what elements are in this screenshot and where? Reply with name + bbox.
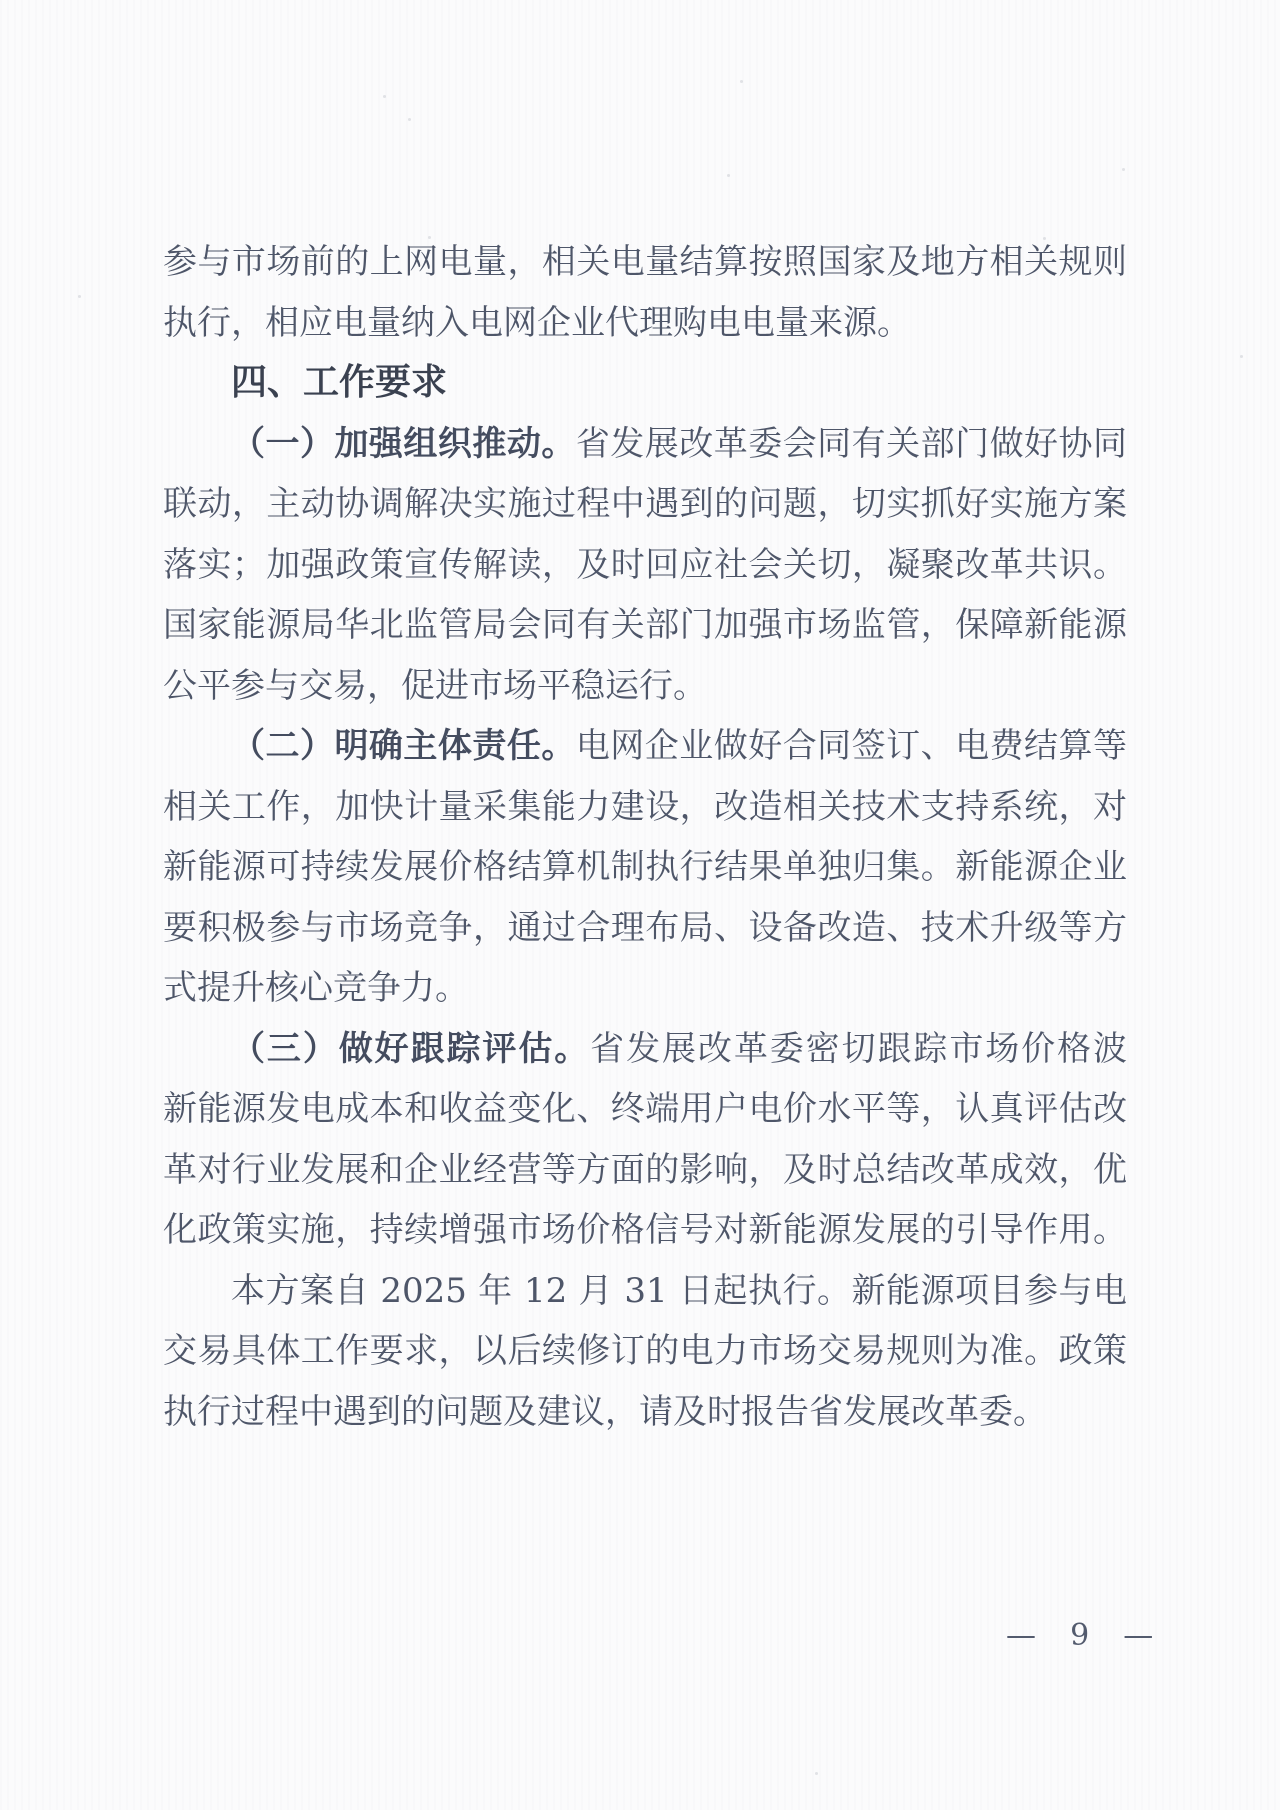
line-text: 执行，相应电量纳入电网企业代理购电电量来源。 (163, 303, 911, 343)
scan-speck (740, 80, 743, 83)
line-text: 化政策实施，持续增强市场价格信号对新能源发展的引导作用。 (163, 1210, 1127, 1250)
paragraph-lead-label: （一）加强组织推动。 (231, 424, 576, 464)
document-line: （二）明确主体责任。电网企业做好合同签订、电费结算等 (163, 716, 1127, 777)
paragraph-lead-label: （三）做好跟踪评估。 (231, 1029, 590, 1069)
document-line: 执行过程中遇到的问题及建议，请及时报告省发展改革委。 (163, 1382, 1127, 1443)
line-text: 电网企业做好合同签订、电费结算等 (576, 726, 1127, 766)
section-heading: 四、工作要求 (163, 353, 1127, 414)
line-text: 四、工作要求 (231, 362, 447, 403)
page-number: — 9 — (1006, 1618, 1158, 1653)
line-text: 落实；加强政策宣传解读，及时回应社会关切，凝聚改革共识。 (163, 545, 1127, 585)
document-line: 交易具体工作要求，以后续修订的电力市场交易规则为准。政策 (163, 1321, 1127, 1382)
line-text: 式提升核心竞争力。 (163, 968, 469, 1008)
line-text: 参与市场前的上网电量，相关电量结算按照国家及地方相关规则 (163, 242, 1127, 282)
document-line: 革对行业发展和企业经营等方面的影响，及时总结改革成效，优 (163, 1140, 1127, 1201)
scan-speck (1240, 355, 1243, 358)
document-line: 新能源发电成本和收益变化、终端用户电价水平等，认真评估改 (163, 1079, 1127, 1140)
line-text: 联动，主动协调解决实施过程中遇到的问题，切实抓好实施方案 (163, 484, 1127, 524)
document-line: 执行，相应电量纳入电网企业代理购电电量来源。 (163, 293, 1127, 354)
document-line: 联动，主动协调解决实施过程中遇到的问题，切实抓好实施方案 (163, 474, 1127, 535)
line-text: 国家能源局华北监管局会同有关部门加强市场监管，保障新能源 (163, 605, 1127, 645)
line-text: 要积极参与市场竞争，通过合理布局、设备改造、技术升级等方 (163, 908, 1127, 948)
document-line: （一）加强组织推动。省发展改革委会同有关部门做好协同 (163, 414, 1127, 475)
document-line: 相关工作，加快计量采集能力建设，改造相关技术支持系统，对 (163, 777, 1127, 838)
line-text: 新能源可持续发展价格结算机制执行结果单独归集。新能源企业 (163, 847, 1127, 887)
line-text: 公平参与交易，促进市场平稳运行。 (163, 666, 707, 706)
line-text: 新能源发电成本和收益变化、终端用户电价水平等，认真评估改 (163, 1089, 1127, 1129)
line-text: 执行过程中遇到的问题及建议，请及时报告省发展改革委。 (163, 1392, 1047, 1432)
document-line: 国家能源局华北监管局会同有关部门加强市场监管，保障新能源 (163, 595, 1127, 656)
document-line: 公平参与交易，促进市场平稳运行。 (163, 656, 1127, 717)
document-line: 化政策实施，持续增强市场价格信号对新能源发展的引导作用。 (163, 1200, 1127, 1261)
document-line: 要积极参与市场竞争，通过合理布局、设备改造、技术升级等方 (163, 898, 1127, 959)
scan-speck (1122, 168, 1125, 171)
document-page: 参与市场前的上网电量，相关电量结算按照国家及地方相关规则执行，相应电量纳入电网企… (0, 0, 1280, 1810)
scan-speck (815, 1772, 818, 1775)
line-text: 革对行业发展和企业经营等方面的影响，及时总结改革成效，优 (163, 1150, 1127, 1190)
document-line: 落实；加强政策宣传解读，及时回应社会关切，凝聚改革共识。 (163, 535, 1127, 596)
document-body: 参与市场前的上网电量，相关电量结算按照国家及地方相关规则执行，相应电量纳入电网企… (163, 232, 1127, 1442)
scan-speck (408, 118, 411, 121)
scan-speck (383, 95, 386, 98)
document-line: 新能源可持续发展价格结算机制执行结果单独归集。新能源企业 (163, 837, 1127, 898)
scan-speck (727, 174, 730, 177)
document-line: 参与市场前的上网电量，相关电量结算按照国家及地方相关规则 (163, 232, 1127, 293)
line-text: 省发展改革委会同有关部门做好协同 (576, 424, 1127, 464)
document-line: 式提升核心竞争力。 (163, 958, 1127, 1019)
scan-speck (78, 295, 81, 298)
line-text: 相关工作，加快计量采集能力建设，改造相关技术支持系统，对 (163, 787, 1127, 827)
document-line: （三）做好跟踪评估。省发展改革委密切跟踪市场价格波动、 (163, 1019, 1127, 1080)
paragraph-lead-label: （二）明确主体责任。 (231, 726, 576, 766)
line-text: 本方案自 2025 年 12 月 31 日起执行。新能源项目参与电力 (163, 1271, 1127, 1322)
line-text: 交易具体工作要求，以后续修订的电力市场交易规则为准。政策 (163, 1331, 1127, 1371)
document-line: 本方案自 2025 年 12 月 31 日起执行。新能源项目参与电力 (163, 1261, 1127, 1322)
